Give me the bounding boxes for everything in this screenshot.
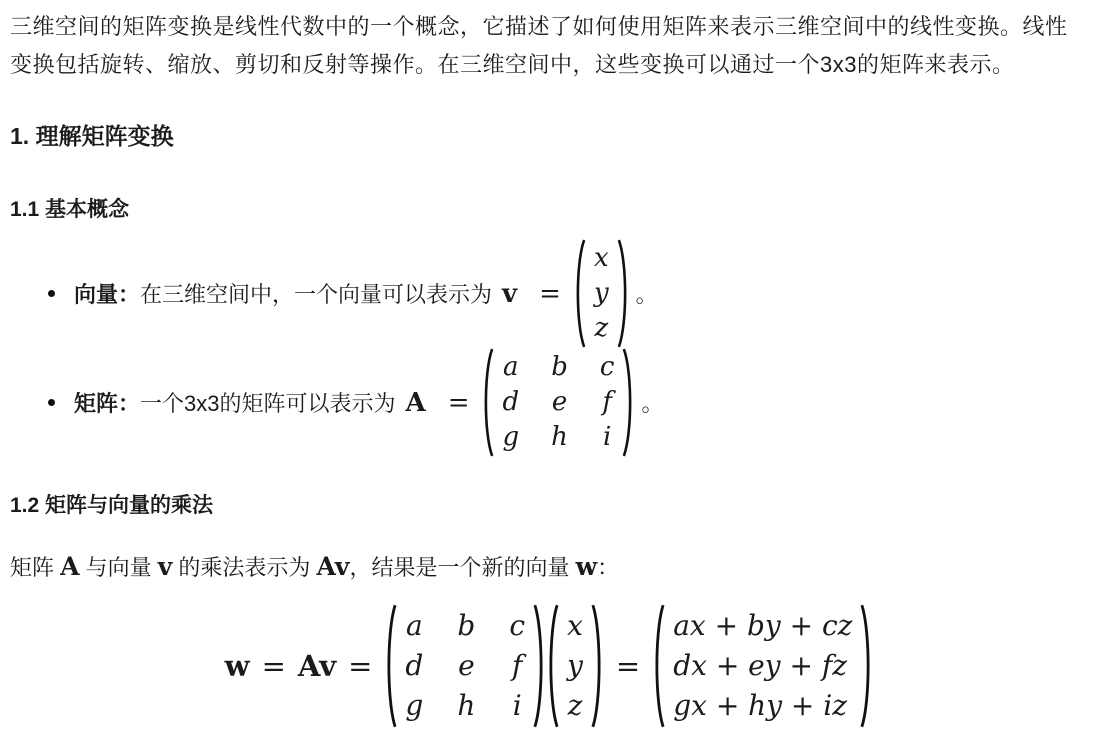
equals-sign: = xyxy=(539,279,561,309)
heading-understand-matrix-transform: 1. 理解矩阵变换 xyxy=(10,118,1088,151)
right-paren-icon xyxy=(860,604,873,728)
math-symbol-Av: Av xyxy=(298,649,336,683)
matrix-cell: g xyxy=(405,686,423,726)
math-symbol-w: w xyxy=(576,552,598,581)
left-paren-icon xyxy=(573,239,586,348)
heading-basic-concepts: 1.1 基本概念 xyxy=(10,193,1088,223)
left-paren-icon xyxy=(384,604,397,728)
left-paren-icon xyxy=(652,604,665,728)
right-paren-icon xyxy=(533,604,546,728)
result-row: gx + hy + iz xyxy=(673,686,847,726)
matrix-cell: f xyxy=(602,385,612,420)
equals-sign: = xyxy=(348,649,372,683)
vector-lead-text: 在三维空间中，一个向量可以表示为 xyxy=(140,278,492,309)
intro-paragraph: 三维空间的矩阵变换是线性代数中的一个概念，它描述了如何使用矩阵来表示三维空间中的… xyxy=(10,8,1088,84)
equals-sign: = xyxy=(616,649,640,683)
para-text: 矩阵 xyxy=(10,555,60,580)
concept-list: 向量： 在三维空间中，一个向量可以表示为 v = x y z 。 矩阵： 一个3… xyxy=(10,239,1088,457)
bullet-icon xyxy=(48,290,55,297)
matrix-cell: b xyxy=(551,350,568,385)
matrix-term: 矩阵： xyxy=(74,387,140,418)
matrix-cell: c xyxy=(600,350,615,385)
vector-entry: z xyxy=(594,311,608,346)
vector-entry: y xyxy=(567,646,583,686)
matrix-3x3: a b c d e f g h i xyxy=(384,604,546,728)
vector-entry: x xyxy=(594,241,609,276)
left-paren-icon xyxy=(546,604,559,728)
matrix-cell: e xyxy=(458,646,475,686)
matrix-cell: h xyxy=(457,686,475,726)
result-row: ax + by + cz xyxy=(673,606,852,646)
para-text: 与向量 xyxy=(80,555,158,580)
multiplication-paragraph: 矩阵 A 与向量 v 的乘法表示为 Av，结果是一个新的向量 w： xyxy=(10,551,1088,582)
result-vector: ax + by + cz dx + ey + fz gx + hy + iz xyxy=(652,604,873,728)
vector-term: 向量： xyxy=(74,278,140,309)
math-symbol-A: A xyxy=(60,552,79,581)
right-paren-icon xyxy=(617,239,630,348)
matrix-cell: d xyxy=(502,385,519,420)
vector-entry: x xyxy=(567,606,583,646)
bullet-icon xyxy=(48,399,55,406)
matrix-cell: i xyxy=(513,686,522,726)
matrix-lead-text: 一个3x3的矩阵可以表示为 xyxy=(140,387,395,418)
document-page: 三维空间的矩阵变换是线性代数中的一个概念，它描述了如何使用矩阵来表示三维空间中的… xyxy=(0,0,1098,756)
math-symbol-w: w xyxy=(225,649,250,683)
matrix-cell: a xyxy=(406,606,423,646)
left-paren-icon xyxy=(481,348,494,457)
sentence-period: 。 xyxy=(636,278,658,309)
sentence-period: 。 xyxy=(641,387,663,418)
para-text: ： xyxy=(597,555,619,580)
display-equation: w = Av = a b c d e f g h i x y z xyxy=(10,604,1088,728)
equals-sign: = xyxy=(448,388,470,418)
matrix-3x3: a b c d e f g h i xyxy=(481,348,635,457)
matrix-cell: d xyxy=(405,646,423,686)
matrix-cell: g xyxy=(502,420,519,455)
math-symbol-v: v xyxy=(502,279,517,309)
list-item-vector: 向量： 在三维空间中，一个向量可以表示为 v = x y z 。 xyxy=(48,239,1088,348)
matrix-cell: e xyxy=(552,385,567,420)
right-paren-icon xyxy=(591,604,604,728)
vector-entry: z xyxy=(568,686,583,726)
matrix-cell: h xyxy=(551,420,568,455)
column-vector-xyz: x y z xyxy=(546,604,604,728)
equals-sign: = xyxy=(262,649,286,683)
right-paren-icon xyxy=(622,348,635,457)
list-item-matrix: 矩阵： 一个3x3的矩阵可以表示为 A = a b c d e f g h i xyxy=(48,348,1088,457)
math-symbol-A: A xyxy=(406,388,426,418)
para-text: ，结果是一个新的向量 xyxy=(349,555,575,580)
matrix-cell: b xyxy=(457,606,475,646)
matrix-cell: a xyxy=(503,350,519,385)
column-vector-xyz: x y z xyxy=(573,239,630,348)
matrix-cell: f xyxy=(512,646,522,686)
vector-entry: y xyxy=(594,276,609,311)
para-text: 的乘法表示为 xyxy=(172,555,316,580)
matrix-cell: i xyxy=(603,420,611,455)
math-symbol-v: v xyxy=(158,552,173,581)
result-row: dx + ey + fz xyxy=(673,646,847,686)
heading-matrix-vector-multiplication: 1.2 矩阵与向量的乘法 xyxy=(10,489,1088,519)
math-symbol-Av: Av xyxy=(317,552,350,581)
matrix-cell: c xyxy=(509,606,525,646)
